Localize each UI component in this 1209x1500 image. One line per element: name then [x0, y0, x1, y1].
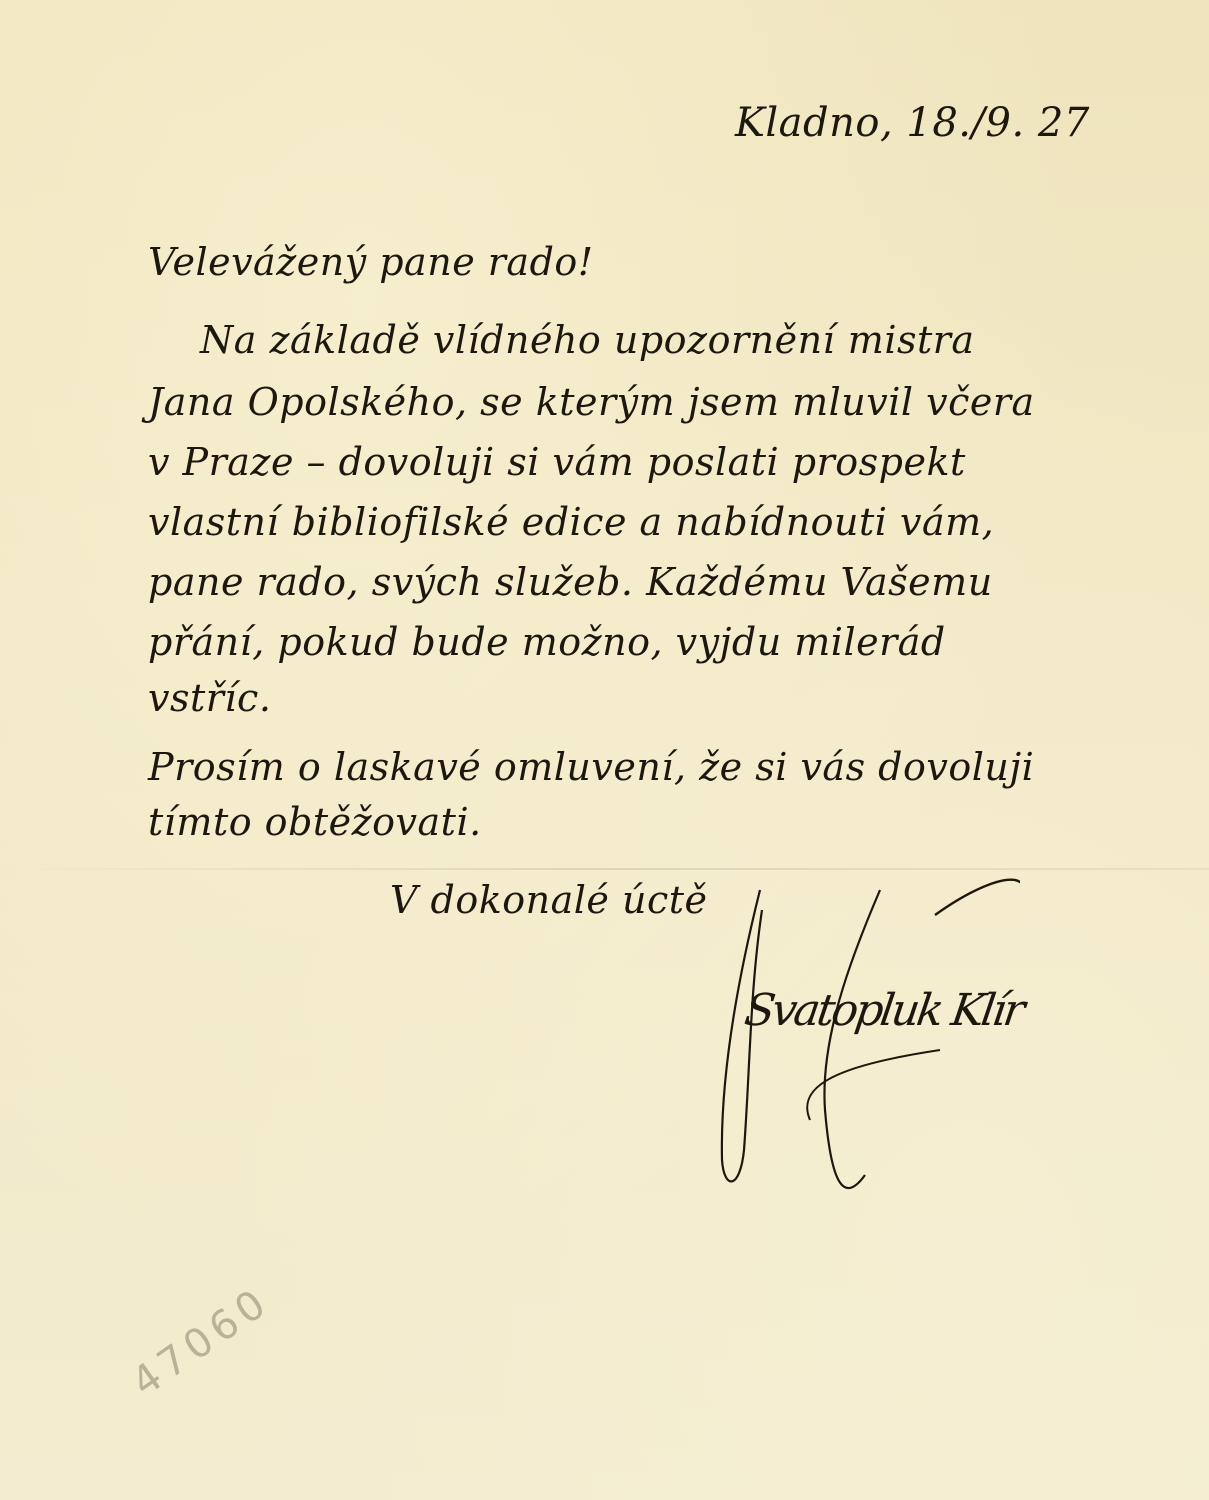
- paper-fold-line: [0, 868, 1209, 870]
- body-line-3: v Praze – dovoluji si vám poslati prospe…: [148, 440, 966, 484]
- signature-flourish-icon: [700, 870, 1020, 1210]
- body-line-5: pane rado, svých služeb. Každému Vašemu: [148, 560, 993, 604]
- letter-salutation: Velevážený pane rado!: [148, 240, 594, 284]
- body-line-4: vlastní bibliofilské edice a nabídnouti …: [148, 500, 994, 544]
- body-line-7: vstříc.: [148, 676, 271, 720]
- body-line-8: Prosím o laskavé omluvení, že si vás dov…: [148, 745, 1034, 789]
- body-line-9: tímto obtěžovati.: [148, 800, 482, 844]
- body-line-1: Na základě vlídného upozornění mistra: [200, 318, 975, 362]
- body-line-6: přání, pokud bude možno, vyjdu milerád: [148, 620, 946, 664]
- letter-closing: V dokonalé úctě: [390, 878, 708, 922]
- body-line-2: Jana Opolského, se kterým jsem mluvil vč…: [148, 380, 1035, 424]
- letter-date: Kladno, 18./9. 27: [735, 100, 1090, 146]
- signature: Svatopluk Klír: [741, 985, 1025, 1036]
